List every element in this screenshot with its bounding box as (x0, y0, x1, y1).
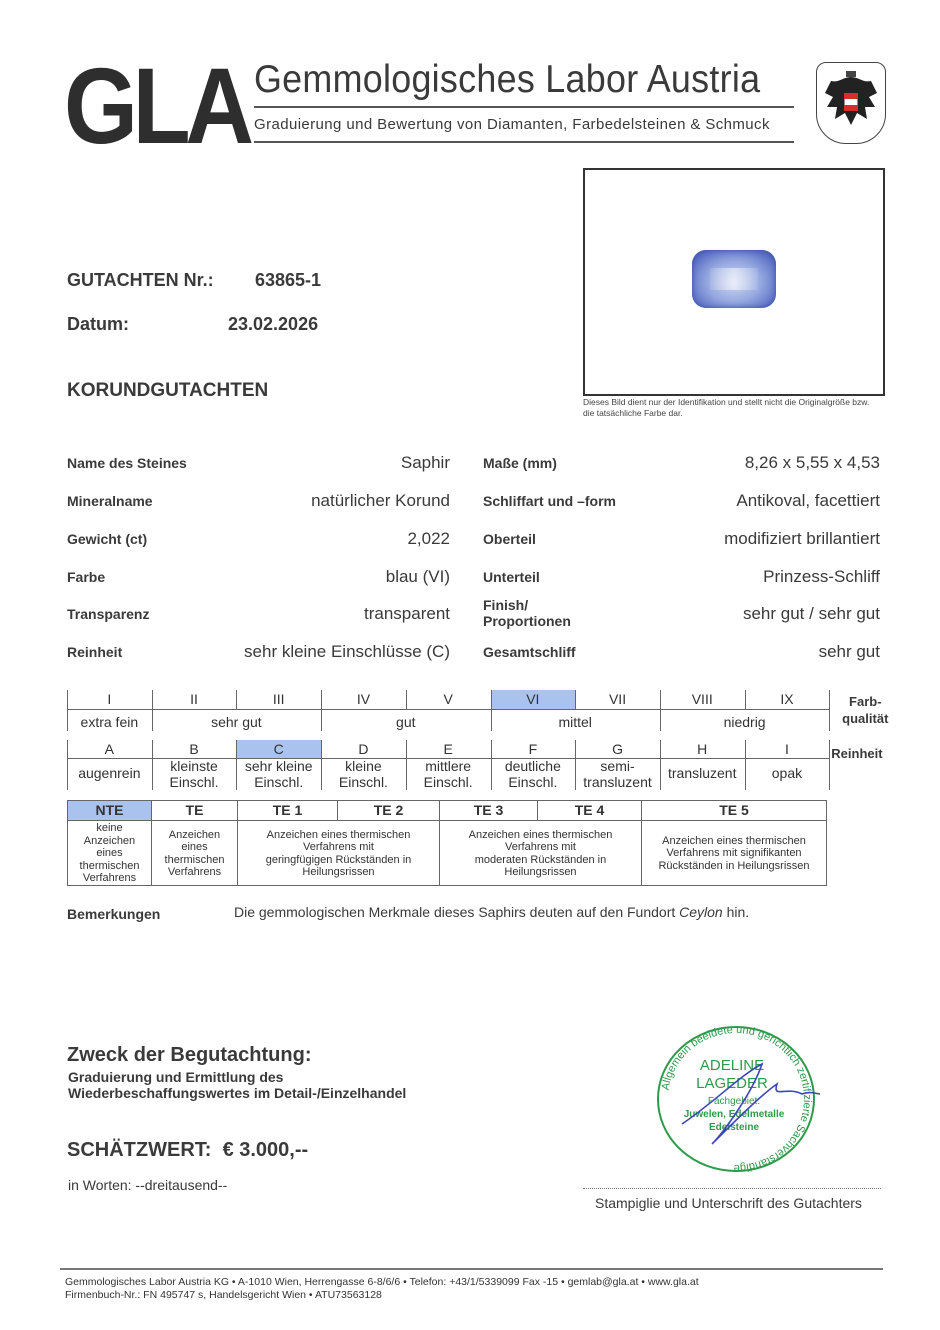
treatment-grade-TE-5: TE 5 (642, 801, 826, 820)
treatment-description: keine Anzeichen eines thermischen Verfah… (68, 820, 152, 886)
color-group: mittel (491, 712, 660, 732)
footer-divider (60, 1268, 883, 1270)
divider (575, 690, 576, 709)
report-number-label: GUTACHTEN Nr.: (67, 270, 214, 291)
divider (321, 740, 322, 790)
detail-label: Gesamtschliff (483, 644, 576, 660)
valuation-amount: € 3.000,-- (223, 1139, 309, 1161)
treatment-grade-TE-3: TE 3 (440, 801, 538, 820)
color-group: gut (321, 712, 490, 732)
clarity-grade-B: B (152, 740, 237, 758)
detail-value: Prinzess-Schliff (660, 567, 880, 587)
header-divider-bottom (254, 141, 794, 143)
divider (406, 740, 407, 790)
divider (67, 709, 68, 731)
lab-subtitle: Graduierung und Bewertung von Diamanten,… (254, 116, 770, 133)
purpose-text: Graduierung und Ermittlung desWiederbesc… (68, 1069, 406, 1101)
detail-label: Reinheit (67, 644, 122, 660)
divider (745, 740, 746, 790)
divider (67, 709, 829, 710)
clarity-description: sehr kleine Einschl. (236, 758, 321, 790)
color-grade-III: III (236, 690, 321, 709)
clarity-grade-A: A (67, 740, 152, 758)
treatment-grade-TE: TE (152, 801, 238, 820)
divider (829, 709, 830, 731)
clarity-scale-title: Reinheit (831, 746, 882, 761)
divider (236, 690, 237, 709)
remarks-text: Die gemmologischen Merkmale dieses Saphi… (234, 904, 749, 920)
detail-value: natürlicher Korund (230, 491, 450, 511)
detail-value: sehr kleine Einschlüsse (C) (230, 642, 450, 662)
lab-name: Gemmologisches Labor Austria (254, 58, 760, 102)
clarity-description: opak (745, 765, 830, 781)
divider (660, 709, 661, 731)
report-type: KORUNDGUTACHTEN (67, 380, 268, 402)
divider (575, 740, 576, 790)
clarity-grade-C: C (236, 740, 321, 758)
color-grade-V: V (406, 690, 491, 709)
divider (152, 740, 153, 790)
clarity-grade-D: D (321, 740, 406, 758)
clarity-description: deutliche Einschl. (491, 758, 576, 790)
color-grade-VII: VII (575, 690, 660, 709)
color-grade-II: II (152, 690, 237, 709)
clarity-grade-G: G (575, 740, 660, 758)
divider (491, 690, 492, 709)
date-label: Datum: (67, 314, 129, 335)
gem-photo-frame (583, 168, 885, 396)
detail-label: Mineralname (67, 493, 153, 509)
detail-label: Farbe (67, 569, 105, 585)
divider (67, 758, 829, 759)
header-divider-top (254, 106, 794, 108)
clarity-description: kleinste Einschl. (152, 758, 237, 790)
footer: Gemmologisches Labor Austria KG • A-1010… (65, 1276, 699, 1302)
detail-label: Finish/ Proportionen (483, 597, 571, 629)
divider (745, 690, 746, 709)
detail-value: blau (VI) (230, 567, 450, 587)
purpose-heading: Zweck der Begutachtung: (67, 1044, 311, 1067)
footer-registry: Firmenbuch-Nr.: FN 495747 s, Handelsgeri… (65, 1289, 699, 1302)
detail-label: Transparenz (67, 606, 149, 622)
divider (829, 690, 830, 709)
detail-label: Maße (mm) (483, 455, 557, 471)
color-grade-IX: IX (745, 690, 830, 709)
detail-value: Saphir (230, 453, 450, 473)
divider (660, 690, 661, 709)
color-grade-I: I (67, 690, 152, 709)
detail-value: modifiziert brillantiert (660, 529, 880, 549)
color-group: niedrig (660, 712, 829, 732)
divider (236, 740, 237, 790)
color-group: extra fein (67, 712, 152, 732)
detail-value: sehr gut / sehr gut (660, 604, 880, 624)
remarks-label: Bemerkungen (67, 906, 160, 922)
detail-value: 2,022 (230, 529, 450, 549)
clarity-description: transluzent (660, 765, 745, 781)
divider (321, 690, 322, 709)
color-scale-title: Farb- qualität (833, 693, 897, 727)
detail-label: Oberteil (483, 531, 536, 547)
signature-line (583, 1188, 881, 1189)
divider (491, 740, 492, 790)
divider (829, 740, 830, 790)
detail-label: Name des Steines (67, 455, 187, 471)
treatment-description: Anzeichen eines thermischen Verfahrens (152, 820, 238, 886)
detail-label: Schliffart und –form (483, 493, 616, 509)
divider (67, 690, 68, 709)
detail-label: Unterteil (483, 569, 540, 585)
valuation-in-words: in Worten: --dreitausend-- (68, 1177, 227, 1193)
divider (152, 709, 153, 731)
footer-address: Gemmologisches Labor Austria KG • A-1010… (65, 1276, 699, 1289)
treatment-description: Anzeichen eines thermischen Verfahrens m… (440, 820, 642, 886)
gem-image (692, 250, 776, 308)
divider (660, 740, 661, 790)
divider (406, 690, 407, 709)
clarity-grade-H: H (660, 740, 745, 758)
gla-logo: GLA (64, 52, 249, 160)
color-grade-VI: VI (491, 690, 576, 709)
clarity-grade-I: I (745, 740, 830, 758)
origin-name: Ceylon (679, 904, 723, 920)
clarity-description: mittlere Einschl. (406, 758, 491, 790)
clarity-description: kleine Einschl. (321, 758, 406, 790)
svg-text:ADELINE: ADELINE (700, 1057, 764, 1074)
treatment-grade-TE-1: TE 1 (238, 801, 338, 820)
treatment-scale: NTETETE 1TE 2TE 3TE 4TE 5keine Anzeichen… (67, 800, 827, 886)
divider (491, 709, 492, 731)
color-group: sehr gut (152, 712, 321, 732)
report-date: 23.02.2026 (228, 314, 318, 335)
divider (152, 690, 153, 709)
detail-value: sehr gut (660, 642, 880, 662)
treatment-grade-NTE: NTE (68, 801, 152, 820)
treatment-description: Anzeichen eines thermischen Verfahrens m… (238, 820, 440, 886)
clarity-grade-E: E (406, 740, 491, 758)
austrian-coat-of-arms-icon (816, 62, 886, 144)
signature-caption: Stampiglie und Unterschrift des Gutachte… (595, 1195, 862, 1211)
photo-disclaimer: Dieses Bild dient nur der Identifikation… (583, 397, 883, 419)
clarity-description: augenrein (67, 765, 152, 781)
detail-value: 8,26 x 5,55 x 4,53 (660, 453, 880, 473)
valuation: SCHÄTZWERT: € 3.000,-- (67, 1139, 308, 1162)
clarity-grade-F: F (491, 740, 576, 758)
report-number: 63865-1 (255, 270, 321, 291)
treatment-description: Anzeichen eines thermischen Verfahrens m… (642, 820, 826, 886)
detail-value: Antikoval, facettiert (660, 491, 880, 511)
color-grade-IV: IV (321, 690, 406, 709)
treatment-grade-TE-4: TE 4 (538, 801, 642, 820)
detail-label: Gewicht (ct) (67, 531, 147, 547)
svg-text:Edelsteine: Edelsteine (709, 1122, 759, 1133)
treatment-grade-TE-2: TE 2 (338, 801, 440, 820)
expert-stamp: Allgemein beeidete und gerichtlich zerti… (652, 1024, 820, 1174)
divider (67, 740, 68, 790)
detail-value: transparent (230, 604, 450, 624)
color-grade-VIII: VIII (660, 690, 745, 709)
divider (321, 709, 322, 731)
clarity-description: semi- transluzent (575, 758, 660, 790)
